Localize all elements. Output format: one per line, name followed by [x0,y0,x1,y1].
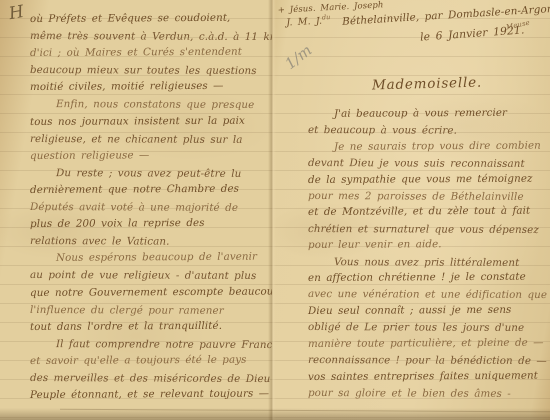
handwritten-line: Je ne saurais trop vous dire combien [308,137,546,155]
letter-page-right: + Jésus. Marie. Joseph J. M. J.du Béthel… [272,0,550,420]
letter-salutation: Mademoiselle. [372,75,482,94]
scan-bottom-shadow [0,408,550,420]
handwritten-line: où Préfets et Evêques se coudoient, [30,10,268,29]
handwritten-line: Dieu seul connaît ; aussi je me sens [308,301,546,319]
right-page-text: J'ai beaucoup à vous remercier et beauco… [308,106,546,401]
handwritten-line: et de Montzéville, et du zèle tout à fai… [308,203,546,221]
handwritten-line: Nous espérons beaucoup de l'avenir [30,249,268,268]
handwritten-line: que notre Gouvernement escompte beaucoup [30,283,268,302]
handwritten-line: J'ai beaucoup à vous remercier [308,105,546,123]
handwritten-line: d'ici ; où Maires et Curés s'entendent [30,44,268,63]
letter-page-left: H où Préfets et Evêques se coudoient, mê… [0,0,272,420]
handwritten-line: tous nos journaux insistent sur la paix [30,112,268,131]
page-fold-crease [268,0,276,420]
handwritten-line: dernièrement que notre Chambre des [30,180,268,199]
handwritten-line: tout dans l'ordre et la tranquillité. [30,317,268,336]
handwritten-line: et savoir qu'elle a toujours été le pays [30,351,268,370]
handwritten-line: manière toute particulière, et pleine de… [308,334,546,352]
handwritten-line: pour sa gloire et le bien des âmes - [308,385,546,402]
handwritten-line: pour leur venir en aide. [308,236,546,254]
page-corner-mark: H [7,2,25,24]
handwritten-line: plus de 200 voix la reprise des [30,215,268,234]
archival-pencil-mark: 1/m [282,41,316,73]
handwritten-line: moitié civiles, moitié religieuses — [30,78,268,97]
letter-date: le 6 Janvier 1921. [420,23,525,43]
handwritten-line: Peuple étonnant, et se relevant toujours… [30,386,268,405]
handwritten-line: en affection chrétienne ! je le constate [308,269,546,287]
invocation-note: du [322,13,331,21]
left-page-text: où Préfets et Evêques se coudoient, même… [30,11,268,404]
handwritten-line: question religieuse — [30,146,268,165]
letter-scan: H où Préfets et Evêques se coudoient, mê… [0,0,550,420]
handwritten-line: vos saintes entreprises faites uniquemen… [308,367,546,385]
handwritten-line: de la sympathie que vous me témoignez [308,170,546,188]
